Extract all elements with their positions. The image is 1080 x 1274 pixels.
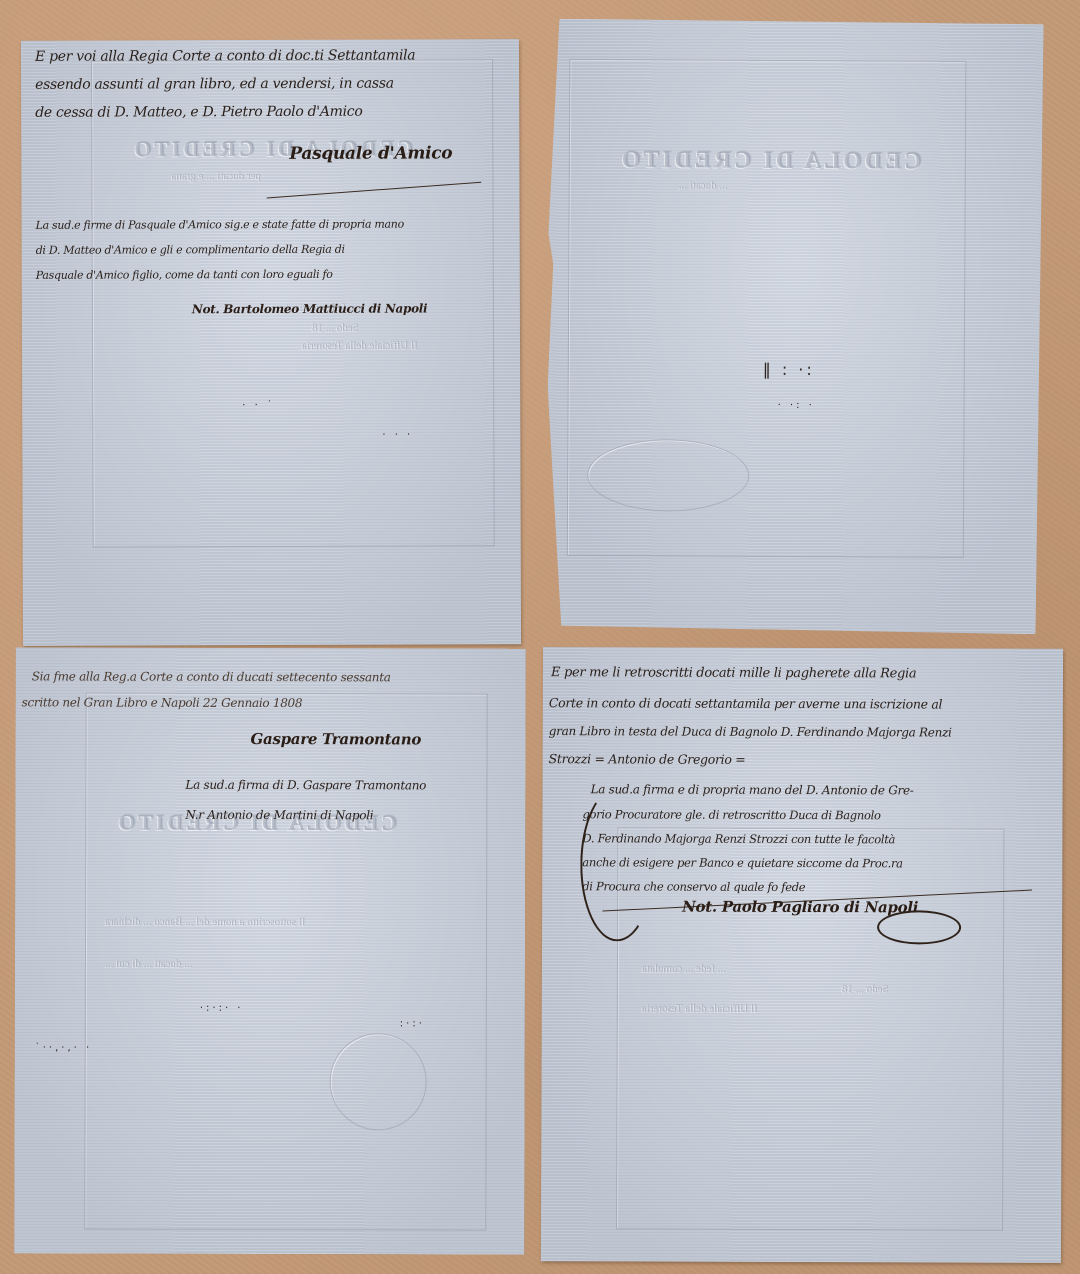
ink-bleed: ˙··,·,· · — [35, 1042, 92, 1053]
embossed-line: Sedo ... 18 — [312, 322, 359, 334]
handwritten-line: E per me li retroscritti docati mille li… — [551, 665, 916, 681]
attestation-line: di D. Matteo d'Amico e gli e complimenta… — [36, 243, 345, 257]
signature: Pasquale d'Amico — [289, 143, 452, 164]
attestation-line: Pasquale d'Amico figlio, come da tanti c… — [36, 268, 333, 282]
document-top-left: CEDOLA DI CREDITO per ducati ... e grana… — [21, 39, 521, 646]
document-bottom-right: ... fede ... cumulata Sedo ... 18 Il Uff… — [541, 647, 1063, 1263]
ink-bleed: ·:·:· · — [200, 1003, 244, 1014]
embossed-title: CEDOLA DI CREDITO — [619, 147, 922, 176]
handwritten-line: gran Libro in testa del Duca di Bagnolo … — [549, 724, 952, 739]
signature-paraph — [877, 910, 961, 944]
embossed-line: ... ducati ... di cui ... — [105, 958, 192, 970]
attestation-line: La sud.a firma e di propria mano del D. … — [591, 782, 914, 797]
embossed-seal — [587, 439, 749, 512]
embossed-seal — [330, 1033, 427, 1130]
ink-bleed: :·:· — [400, 1018, 425, 1029]
embossed-subtitle: ... ducati ... — [679, 179, 728, 191]
bracket-flourish — [580, 787, 655, 941]
handwritten-line: Strozzi = Antonio de Gregorio = — [549, 751, 746, 767]
embossed-line: Sedo ... 18 — [842, 983, 889, 995]
handwritten-line: E per voi alla Regia Corte a conto di do… — [35, 47, 415, 64]
embossed-line: ... fede ... cumulata — [642, 962, 726, 974]
handwritten-line: essendo assunti al gran libro, ed a vend… — [35, 76, 394, 93]
embossed-subtitle: per ducati ... e grana — [171, 170, 261, 182]
notary-signature: Not. Paolo Pagliaro di Napoli — [682, 898, 918, 917]
document-bottom-left: CEDOLA DI CREDITO Il sottoscritto a nome… — [14, 647, 526, 1254]
handwritten-line: Corte in conto di docati settantamila pe… — [549, 695, 942, 711]
notary-signature: Not. Bartolomeo Mattiucci di Napoli — [192, 301, 427, 316]
embossed-line: Il sottoscritto a nome del ... Banco ...… — [105, 916, 305, 929]
attestation-line: La sud.e firme di Pasquale d'Amico sig.e… — [36, 218, 404, 232]
ink-bleed: · · · — [382, 430, 413, 441]
handwritten-line: scritto nel Gran Libro e Napoli 22 Genna… — [22, 695, 303, 710]
handwritten-line: Sia fme alla Reg.a Corte a conto di duca… — [32, 669, 391, 684]
ink-bleed: · · ˙ — [242, 400, 275, 411]
document-top-right: CEDOLA DI CREDITO ... ducati ... ‖ ꞉ ·: … — [546, 19, 1043, 635]
attestation-line: La sud.a firma di D. Gaspare Tramontano — [185, 778, 426, 793]
embossed-line: Il Ufficiale della Tesoreria — [642, 1002, 758, 1014]
attestation-line: N.r Antonio de Martini di Napoli — [185, 808, 373, 822]
handwritten-line: de cessa di D. Matteo, e D. Pietro Paolo… — [35, 104, 362, 121]
ink-bleed: ‖ ꞉ ·: — [763, 360, 815, 379]
signature: Gaspare Tramontano — [251, 730, 422, 748]
embossed-line: Il Ufficiale della Tesoreria — [302, 339, 418, 351]
ink-bleed: · ·: · — [778, 400, 815, 411]
